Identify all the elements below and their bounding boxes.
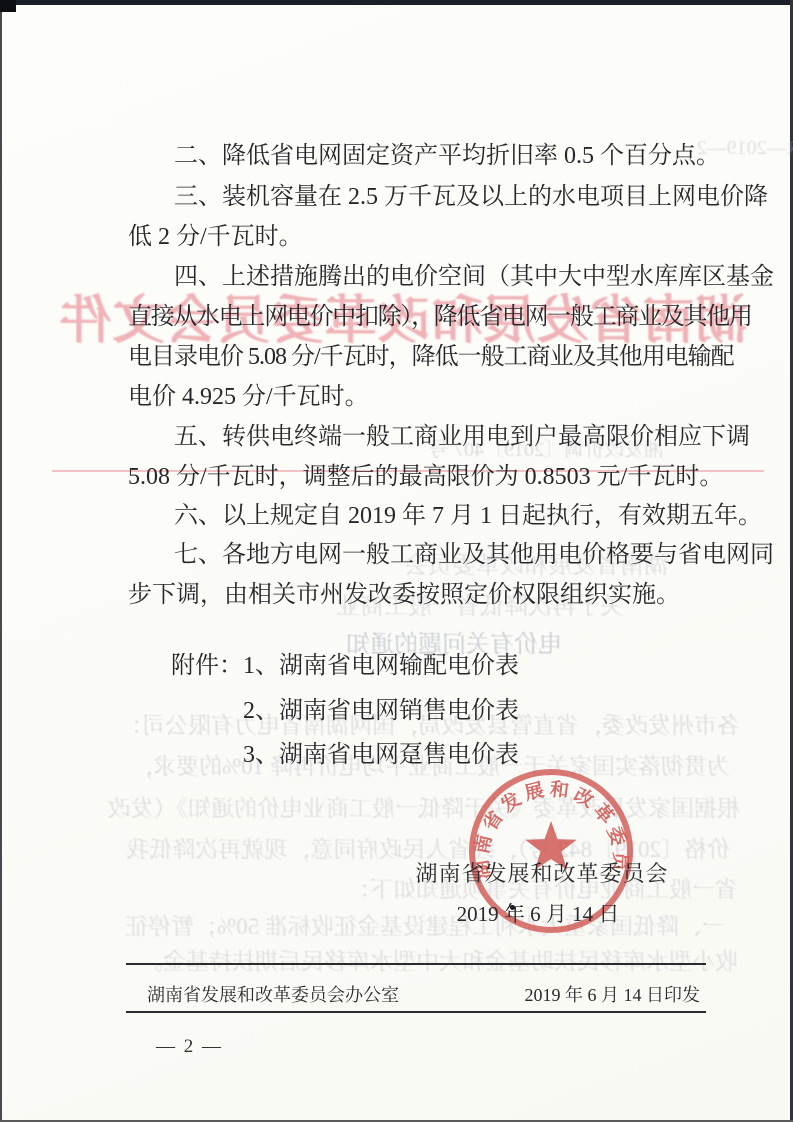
attachment-line: 附件：1、湖南省电网输配电价表 — [171, 652, 519, 681]
body-line: 低 2 分/千瓦时。 — [128, 223, 303, 252]
body-line: 直接从水电上网电价中扣除），降低省电网一般工商业及其他用 — [128, 303, 752, 332]
footer-rule-bottom — [126, 1011, 706, 1013]
body-line: 电目录电价 5.08 分/千瓦时，降低一般工商业及其他用电输配 — [128, 343, 734, 372]
page-number: — 2 — — [156, 1036, 223, 1058]
issue-date: 2019 年 6 月 14 日 — [448, 898, 628, 928]
body-line: 二、降低省电网固定资产平均折旧率 0.5 个百分点。 — [174, 142, 720, 171]
attachment-line: 2、湖南省电网销售电价表 — [243, 697, 519, 726]
body-line: 七、各地方电网一般工商业及其他用电价格要与省电网同 — [174, 541, 774, 570]
body-line: 三、装机容量在 2.5 万千瓦及以上的水电项目上网电价降 — [174, 183, 768, 212]
issuing-authority-signature: 湖南省发展和改革委员会 — [412, 857, 672, 888]
bleedthrough-line: 根据国家发展改革委《关于降低一般工商业电价的通知》（发改 — [90, 795, 740, 824]
body-line: 电价 4.925 分/千瓦时。 — [128, 383, 369, 412]
footer-office: 湖南省发展和改革委员会办公室 — [147, 981, 399, 1007]
body-line: 四、上述措施腾出的电价空间（其中大中型水库库区基金 — [174, 263, 774, 292]
body-line: 步下调，由相关市州发改委按照定价权限组织实施。 — [128, 581, 680, 610]
footer-print-date: 2019 年 6 月 14 日印发 — [505, 981, 700, 1007]
body-line: 五、转供电终端一般工商业用电到户最高限价相应下调 — [174, 423, 750, 452]
body-line: 六、以上规定自 2019 年 7 月 1 日起执行，有效期五年。 — [174, 502, 762, 531]
footer-rule-top — [126, 963, 706, 965]
scanned-document-page: 湖南省发展和改革委员会文件 HNPR—2019—2湘发改价调〔2019〕407 … — [0, 0, 793, 1122]
scan-edge-left — [0, 0, 2, 1122]
scan-corner-notch — [0, 0, 16, 12]
attachment-line: 3、湖南省电网趸售电价表 — [243, 741, 519, 770]
ink-speck — [510, 905, 515, 910]
scan-edge-top — [0, 0, 793, 5]
body-line: 5.08 分/千瓦时，调整后的最高限价为 0.8503 元/千瓦时。 — [128, 463, 723, 492]
